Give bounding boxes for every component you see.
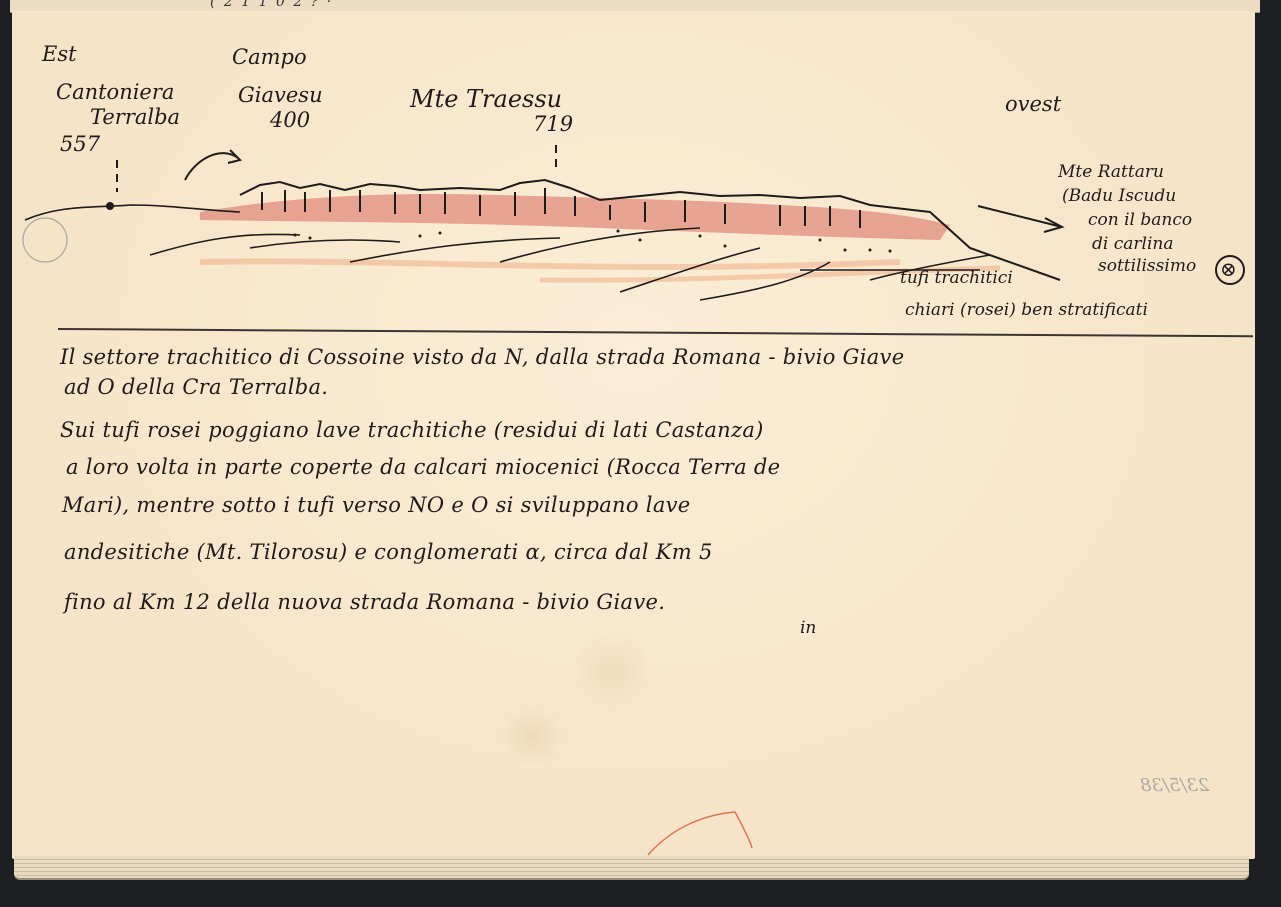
- body-line-6: andesitiche (Mt. Tilorosu) e conglomerat…: [64, 540, 713, 564]
- direction-east-label: Est: [42, 42, 77, 66]
- west-note-title: Mte Rattaru: [1058, 162, 1164, 182]
- body-line-4: a loro volta in parte coperte da calcari…: [66, 455, 780, 479]
- west-note-line-3: di carlina: [1092, 234, 1173, 254]
- pencil-date-mirrored: 23/5/38: [1140, 775, 1209, 796]
- body-line-5: Mari), mentre sotto i tufi verso NO e O …: [62, 493, 691, 517]
- peak-giavesu-name1: Campo: [232, 45, 307, 69]
- peak-traessu-name: Mte Traessu: [410, 85, 562, 113]
- tuff-note-line-1: tufi trachitici: [900, 268, 1013, 288]
- body-line-3: Sui tufi rosei poggiano lave trachitiche…: [60, 418, 764, 442]
- circled-x-symbol-icon: ⊗: [1220, 257, 1237, 281]
- tuff-note-line-2: chiari (rosei) ben stratificati: [905, 300, 1148, 320]
- peak-terralba-name2: Terralba: [90, 105, 180, 129]
- body-insertion: in: [800, 618, 816, 638]
- peak-terralba-name1: Cantoniera: [56, 80, 174, 104]
- direction-west-label: ovest: [1005, 92, 1061, 116]
- peak-giavesu-elevation: 400: [270, 108, 310, 132]
- peak-traessu-elevation: 719: [533, 112, 573, 136]
- body-line-7: fino al Km 12 della nuova strada Romana …: [64, 590, 665, 614]
- west-note-line-4: sottilissimo: [1098, 256, 1196, 276]
- body-line-1: Il settore trachitico di Cossoine visto …: [60, 345, 904, 369]
- west-note-line-1: (Badu Iscudu: [1062, 186, 1176, 206]
- body-line-2: ad O della Cra Terralba.: [64, 375, 328, 399]
- landscape-sketch: [0, 0, 1281, 907]
- peak-terralba-elevation: 557: [60, 132, 100, 156]
- west-note-line-2: con il banco: [1088, 210, 1192, 230]
- peak-giavesu-name2: Giavesu: [238, 83, 323, 107]
